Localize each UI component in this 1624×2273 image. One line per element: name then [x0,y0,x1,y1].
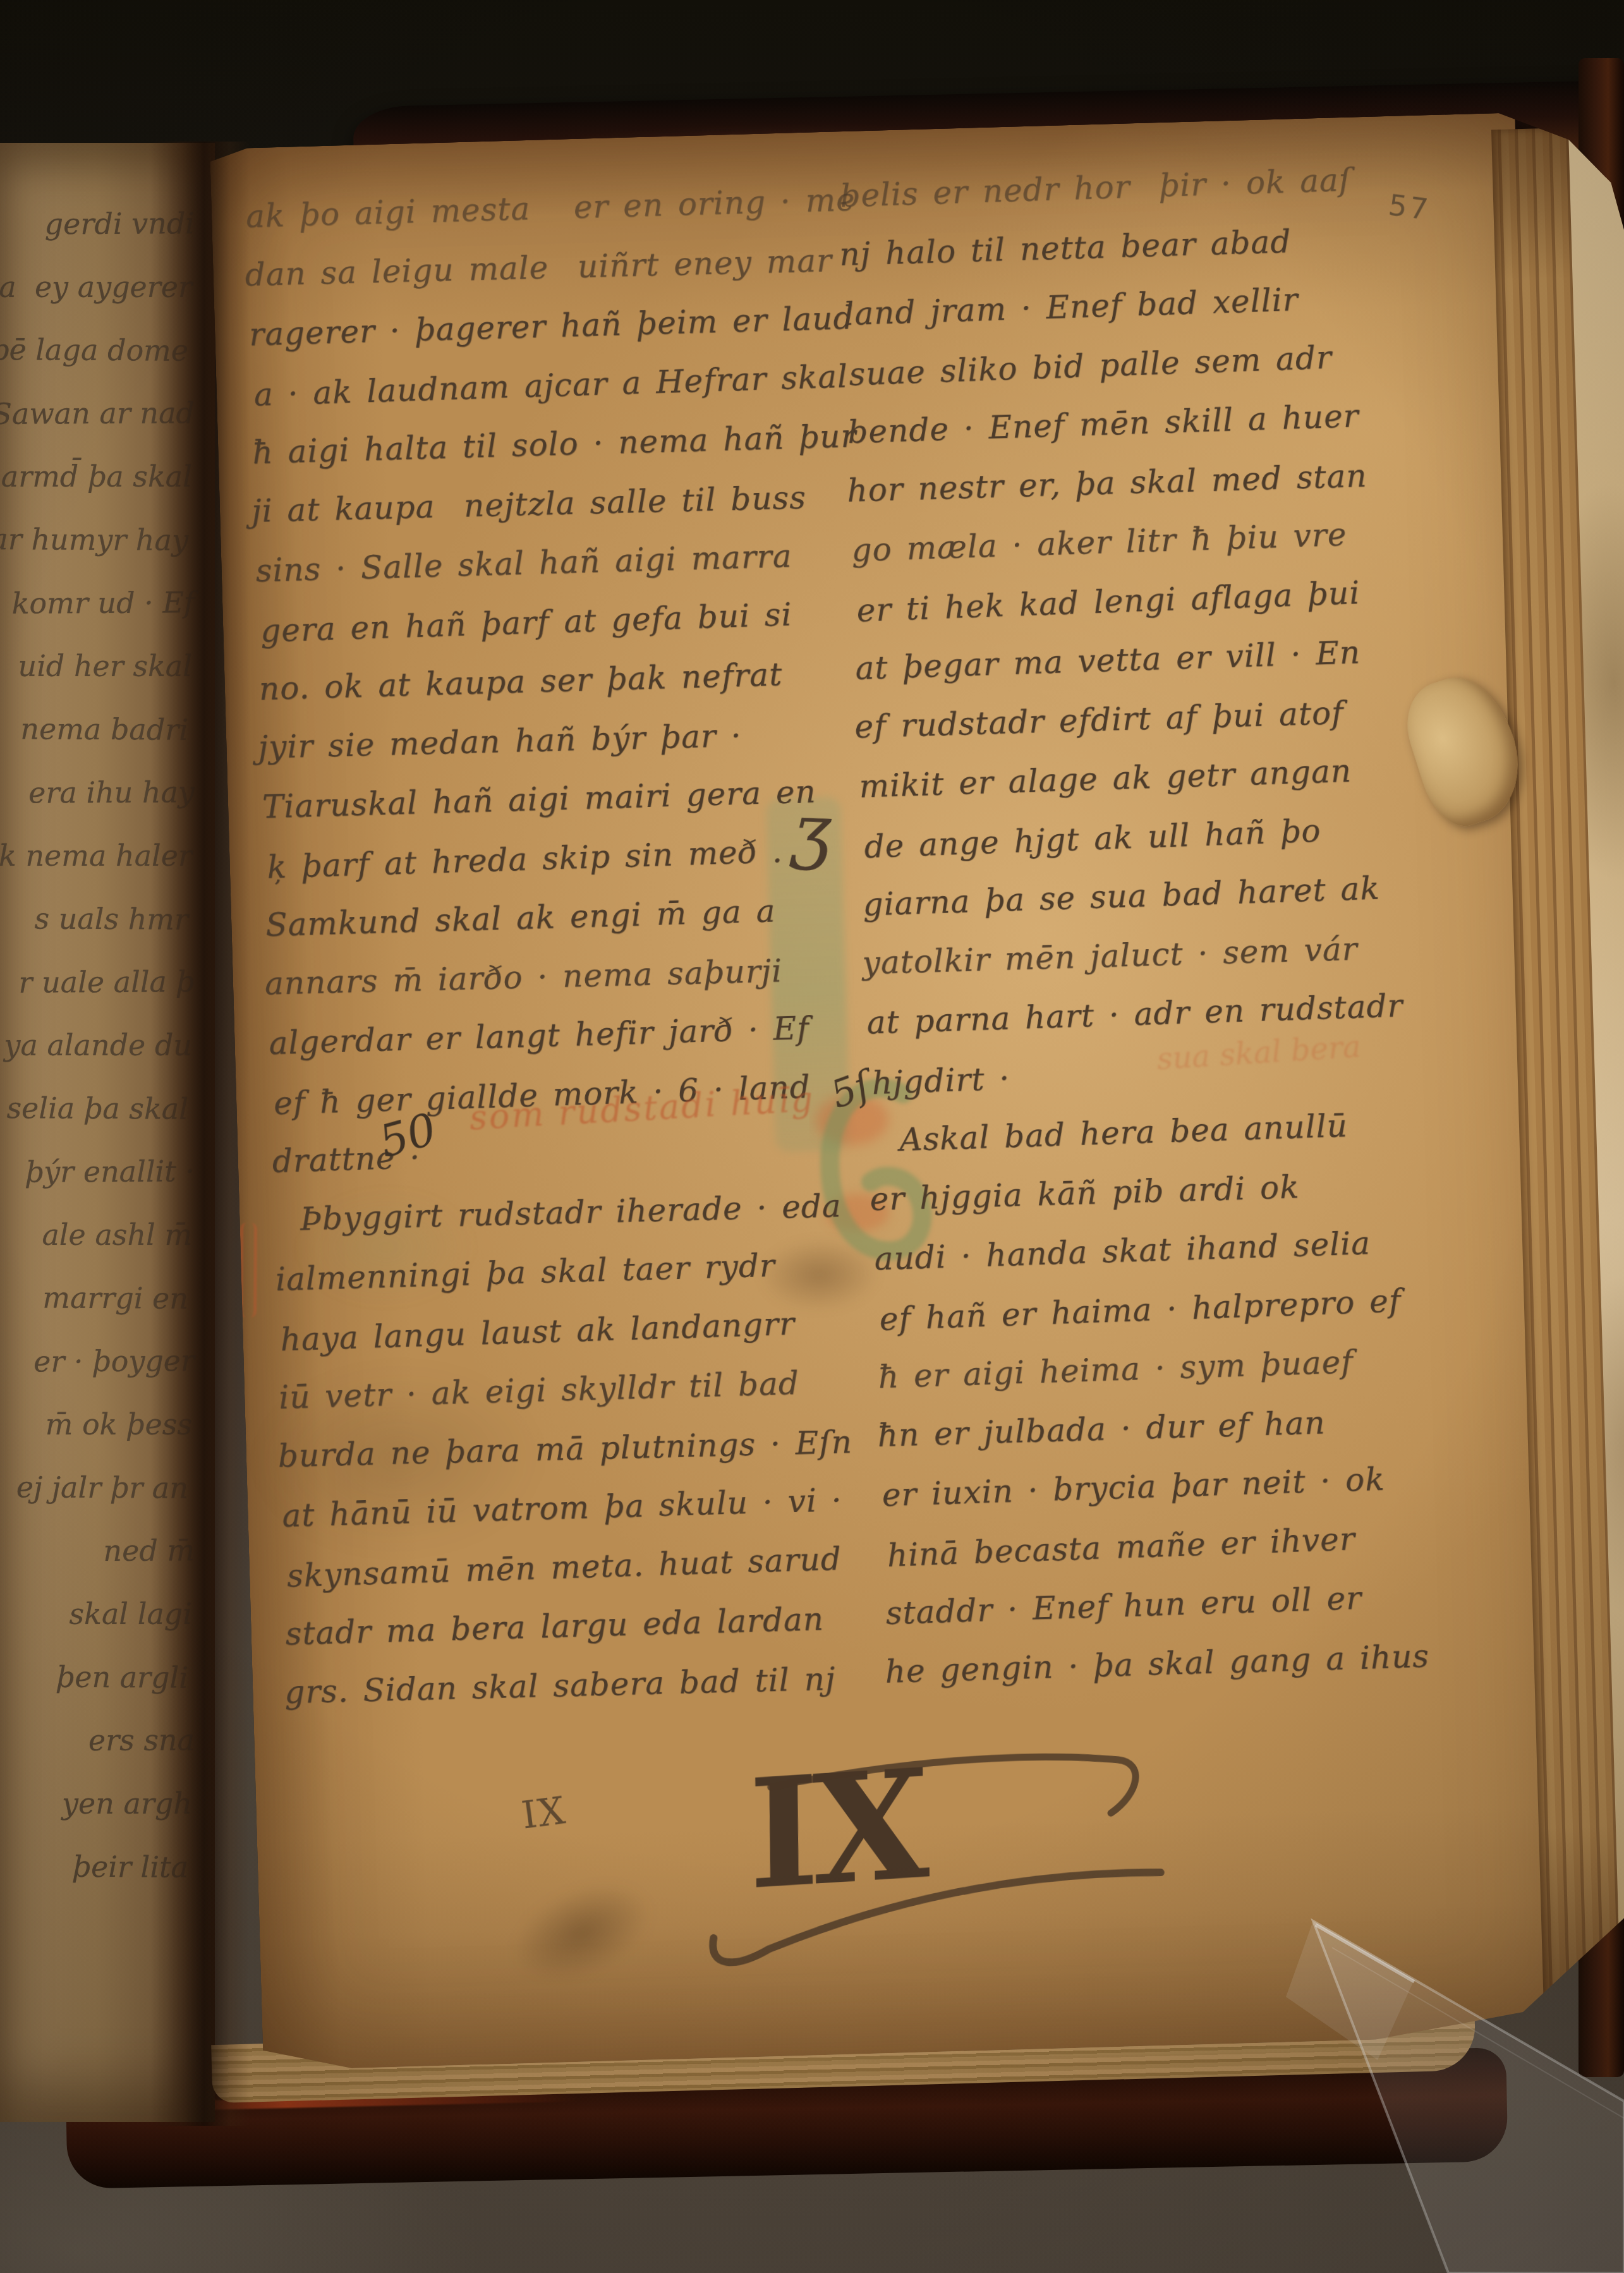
recto-page-stack: ak þo aigi mesta er en oring · medan sa … [210,110,1624,2071]
quire-signature-flourish [633,1714,1221,1996]
manuscript-photo: gerdi vndida ey aygererpē laga dome ·Saw… [0,0,1624,2273]
text-column-right: belis er nedr hor þir · ok aaſnj halo ti… [839,148,1485,1702]
quire-signature-small: IX [519,1788,569,1838]
text-column-left: ak þo aigi mesta er en oring · medan sa … [245,171,870,1723]
folio-number: 57 [1386,188,1433,227]
gutter-shadow [150,142,250,2126]
pen-flourish-mark: ʒ [790,789,833,873]
